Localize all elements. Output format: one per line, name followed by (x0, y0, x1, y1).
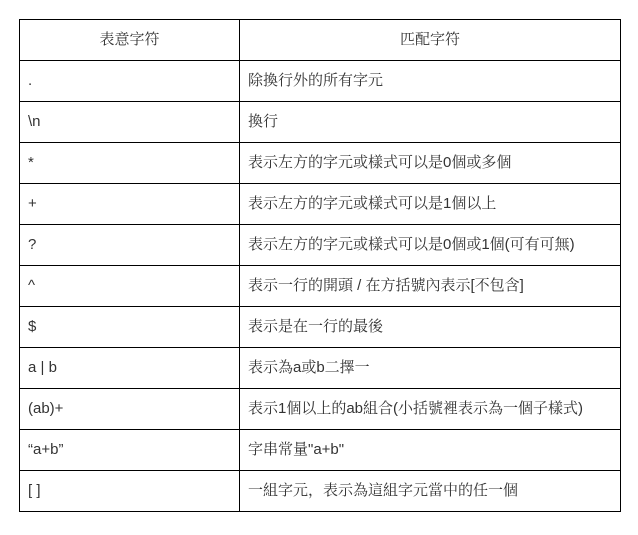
table-row: a | b 表示為a或b二擇一 (20, 348, 621, 389)
meaning-column-header: 匹配字符 (240, 20, 621, 61)
symbol-column-header: 表意字符 (20, 20, 240, 61)
meaning-cell: 表示左方的字元或樣式可以是0個或1個(可有可無) (240, 225, 621, 266)
meaning-cell: 表示為a或b二擇一 (240, 348, 621, 389)
table-row: (ab)+ 表示1個以上的ab組合(小括號裡表示為一個子樣式) (20, 389, 621, 430)
symbol-cell: [ ] (20, 471, 240, 512)
symbol-cell: + (20, 184, 240, 225)
table-header-row: 表意字符 匹配字符 (20, 20, 621, 61)
table-row: [ ] 一組字元，表示為這組字元當中的任一個 (20, 471, 621, 512)
regex-reference-table: 表意字符 匹配字符 . 除換行外的所有字元 \n 換行 * 表示左方的字元或樣式… (19, 19, 621, 512)
symbol-cell: ^ (20, 266, 240, 307)
table-row: $ 表示是在一行的最後 (20, 307, 621, 348)
symbol-cell: $ (20, 307, 240, 348)
symbol-cell: ? (20, 225, 240, 266)
table-row: * 表示左方的字元或樣式可以是0個或多個 (20, 143, 621, 184)
meaning-cell: 表示是在一行的最後 (240, 307, 621, 348)
table-row: ? 表示左方的字元或樣式可以是0個或1個(可有可無) (20, 225, 621, 266)
table-row: + 表示左方的字元或樣式可以是1個以上 (20, 184, 621, 225)
meaning-cell: 字串常量"a+b" (240, 430, 621, 471)
table-row: “a+b” 字串常量"a+b" (20, 430, 621, 471)
symbol-cell: . (20, 61, 240, 102)
symbol-cell: a | b (20, 348, 240, 389)
table-row: \n 換行 (20, 102, 621, 143)
meaning-cell: 表示1個以上的ab組合(小括號裡表示為一個子樣式) (240, 389, 621, 430)
meaning-cell: 表示一行的開頭 / 在方括號內表示[不包含] (240, 266, 621, 307)
table-row: ^ 表示一行的開頭 / 在方括號內表示[不包含] (20, 266, 621, 307)
table-row: . 除換行外的所有字元 (20, 61, 621, 102)
meaning-cell: 一組字元，表示為這組字元當中的任一個 (240, 471, 621, 512)
symbol-cell: “a+b” (20, 430, 240, 471)
meaning-cell: 表示左方的字元或樣式可以是0個或多個 (240, 143, 621, 184)
symbol-cell: \n (20, 102, 240, 143)
meaning-cell: 換行 (240, 102, 621, 143)
meaning-cell: 表示左方的字元或樣式可以是1個以上 (240, 184, 621, 225)
meaning-cell: 除換行外的所有字元 (240, 61, 621, 102)
symbol-cell: * (20, 143, 240, 184)
symbol-cell: (ab)+ (20, 389, 240, 430)
